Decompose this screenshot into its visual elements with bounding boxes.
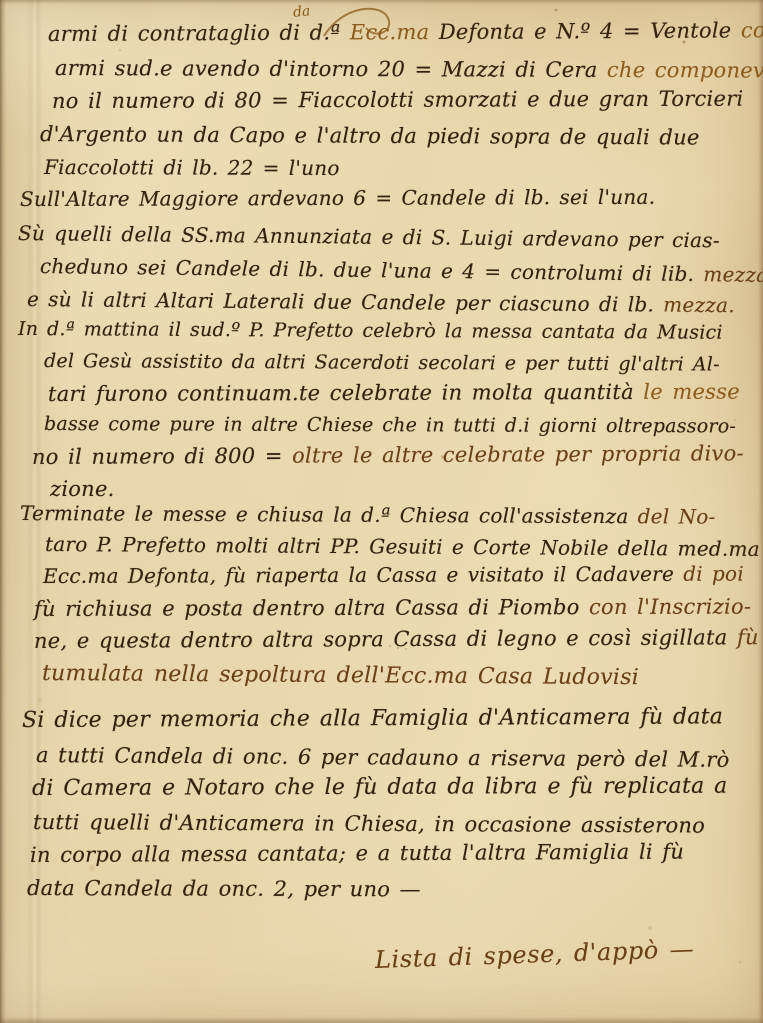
manuscript-page: da armi di contrataglio di d.ª Ecc.ma De… (0, 0, 763, 1023)
scan-vignette (0, 0, 763, 1023)
